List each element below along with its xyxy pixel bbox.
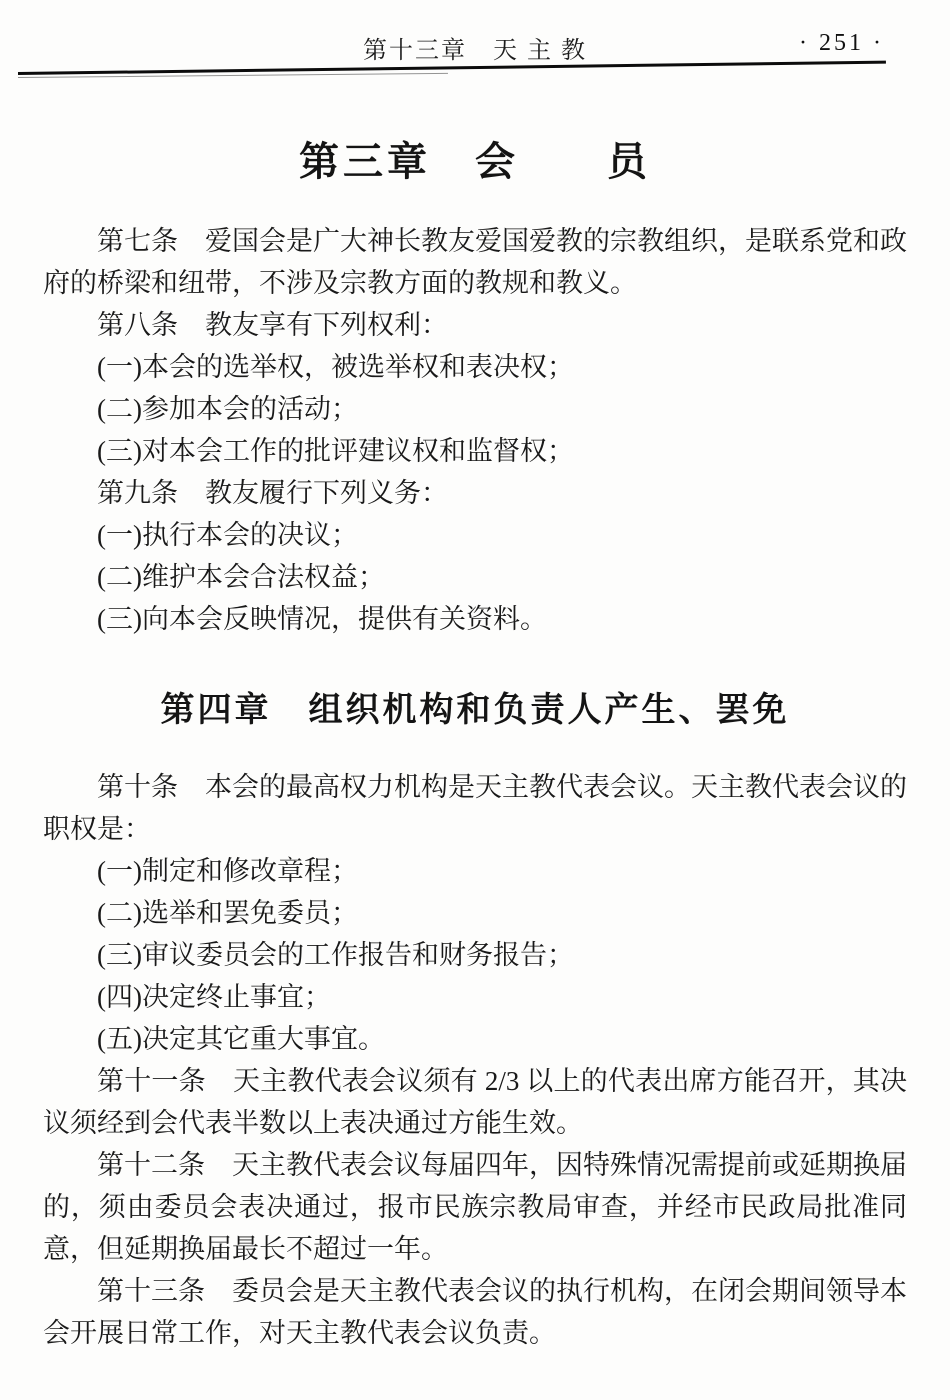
paragraph-article-9: 第九条 教友履行下列义务： — [43, 472, 907, 514]
section-title-chapter-4: 第四章 组织机构和负责人产生、罢免 — [0, 682, 950, 731]
list-item-powers-3: (三)审议委员会的工作报告和财务报告； — [43, 934, 907, 976]
list-item-duties-2: (二)维护本会合法权益； — [43, 556, 907, 598]
paragraph-article-10: 第十条 本会的最高权力机构是天主教代表会议。天主教代表会议的职权是： — [43, 766, 907, 850]
section-body-chapter-4: 第十条 本会的最高权力机构是天主教代表会议。天主教代表会议的职权是： (一)制定… — [43, 766, 907, 1354]
list-item-powers-1: (一)制定和修改章程； — [43, 850, 907, 892]
list-item-rights-3: (三)对本会工作的批评建议权和监督权； — [43, 430, 907, 472]
list-item-rights-1: (一)本会的选举权，被选举权和表决权； — [43, 346, 907, 388]
paragraph-article-8: 第八条 教友享有下列权利： — [43, 304, 907, 346]
page-number: · 251 · — [799, 30, 884, 57]
list-item-duties-3: (三)向本会反映情况，提供有关资料。 — [43, 598, 907, 640]
book-page: 第十三章 天 主 教 · 251 · 第三章 会 员 第七条 爱国会是广大神长教… — [0, 0, 950, 1400]
list-item-rights-2: (二)参加本会的活动； — [43, 388, 907, 430]
section-body-chapter-3: 第七条 爱国会是广大神长教友爱国爱教的宗教组织，是联系党和政府的桥梁和纽带，不涉… — [43, 220, 907, 640]
paragraph-article-7: 第七条 爱国会是广大神长教友爱国爱教的宗教组织，是联系党和政府的桥梁和纽带，不涉… — [43, 220, 907, 304]
list-item-duties-1: (一)执行本会的决议； — [43, 514, 907, 556]
list-item-powers-2: (二)选举和罢免委员； — [43, 892, 907, 934]
section-title-chapter-3: 第三章 会 员 — [0, 130, 950, 187]
list-item-powers-5: (五)决定其它重大事宜。 — [43, 1018, 907, 1060]
paragraph-article-11: 第十一条 天主教代表会议须有 2/3 以上的代表出席方能召开，其决议须经到会代表… — [43, 1060, 907, 1144]
list-item-powers-4: (四)决定终止事宜； — [43, 976, 907, 1018]
paragraph-article-13: 第十三条 委员会是天主教代表会议的执行机构，在闭会期间领导本会开展日常工作，对天… — [43, 1270, 907, 1354]
paragraph-article-12: 第十二条 天主教代表会议每届四年，因特殊情况需提前或延期换届的，须由委员会表决通… — [43, 1144, 907, 1270]
running-head: 第十三章 天 主 教 · 251 · — [0, 30, 950, 64]
